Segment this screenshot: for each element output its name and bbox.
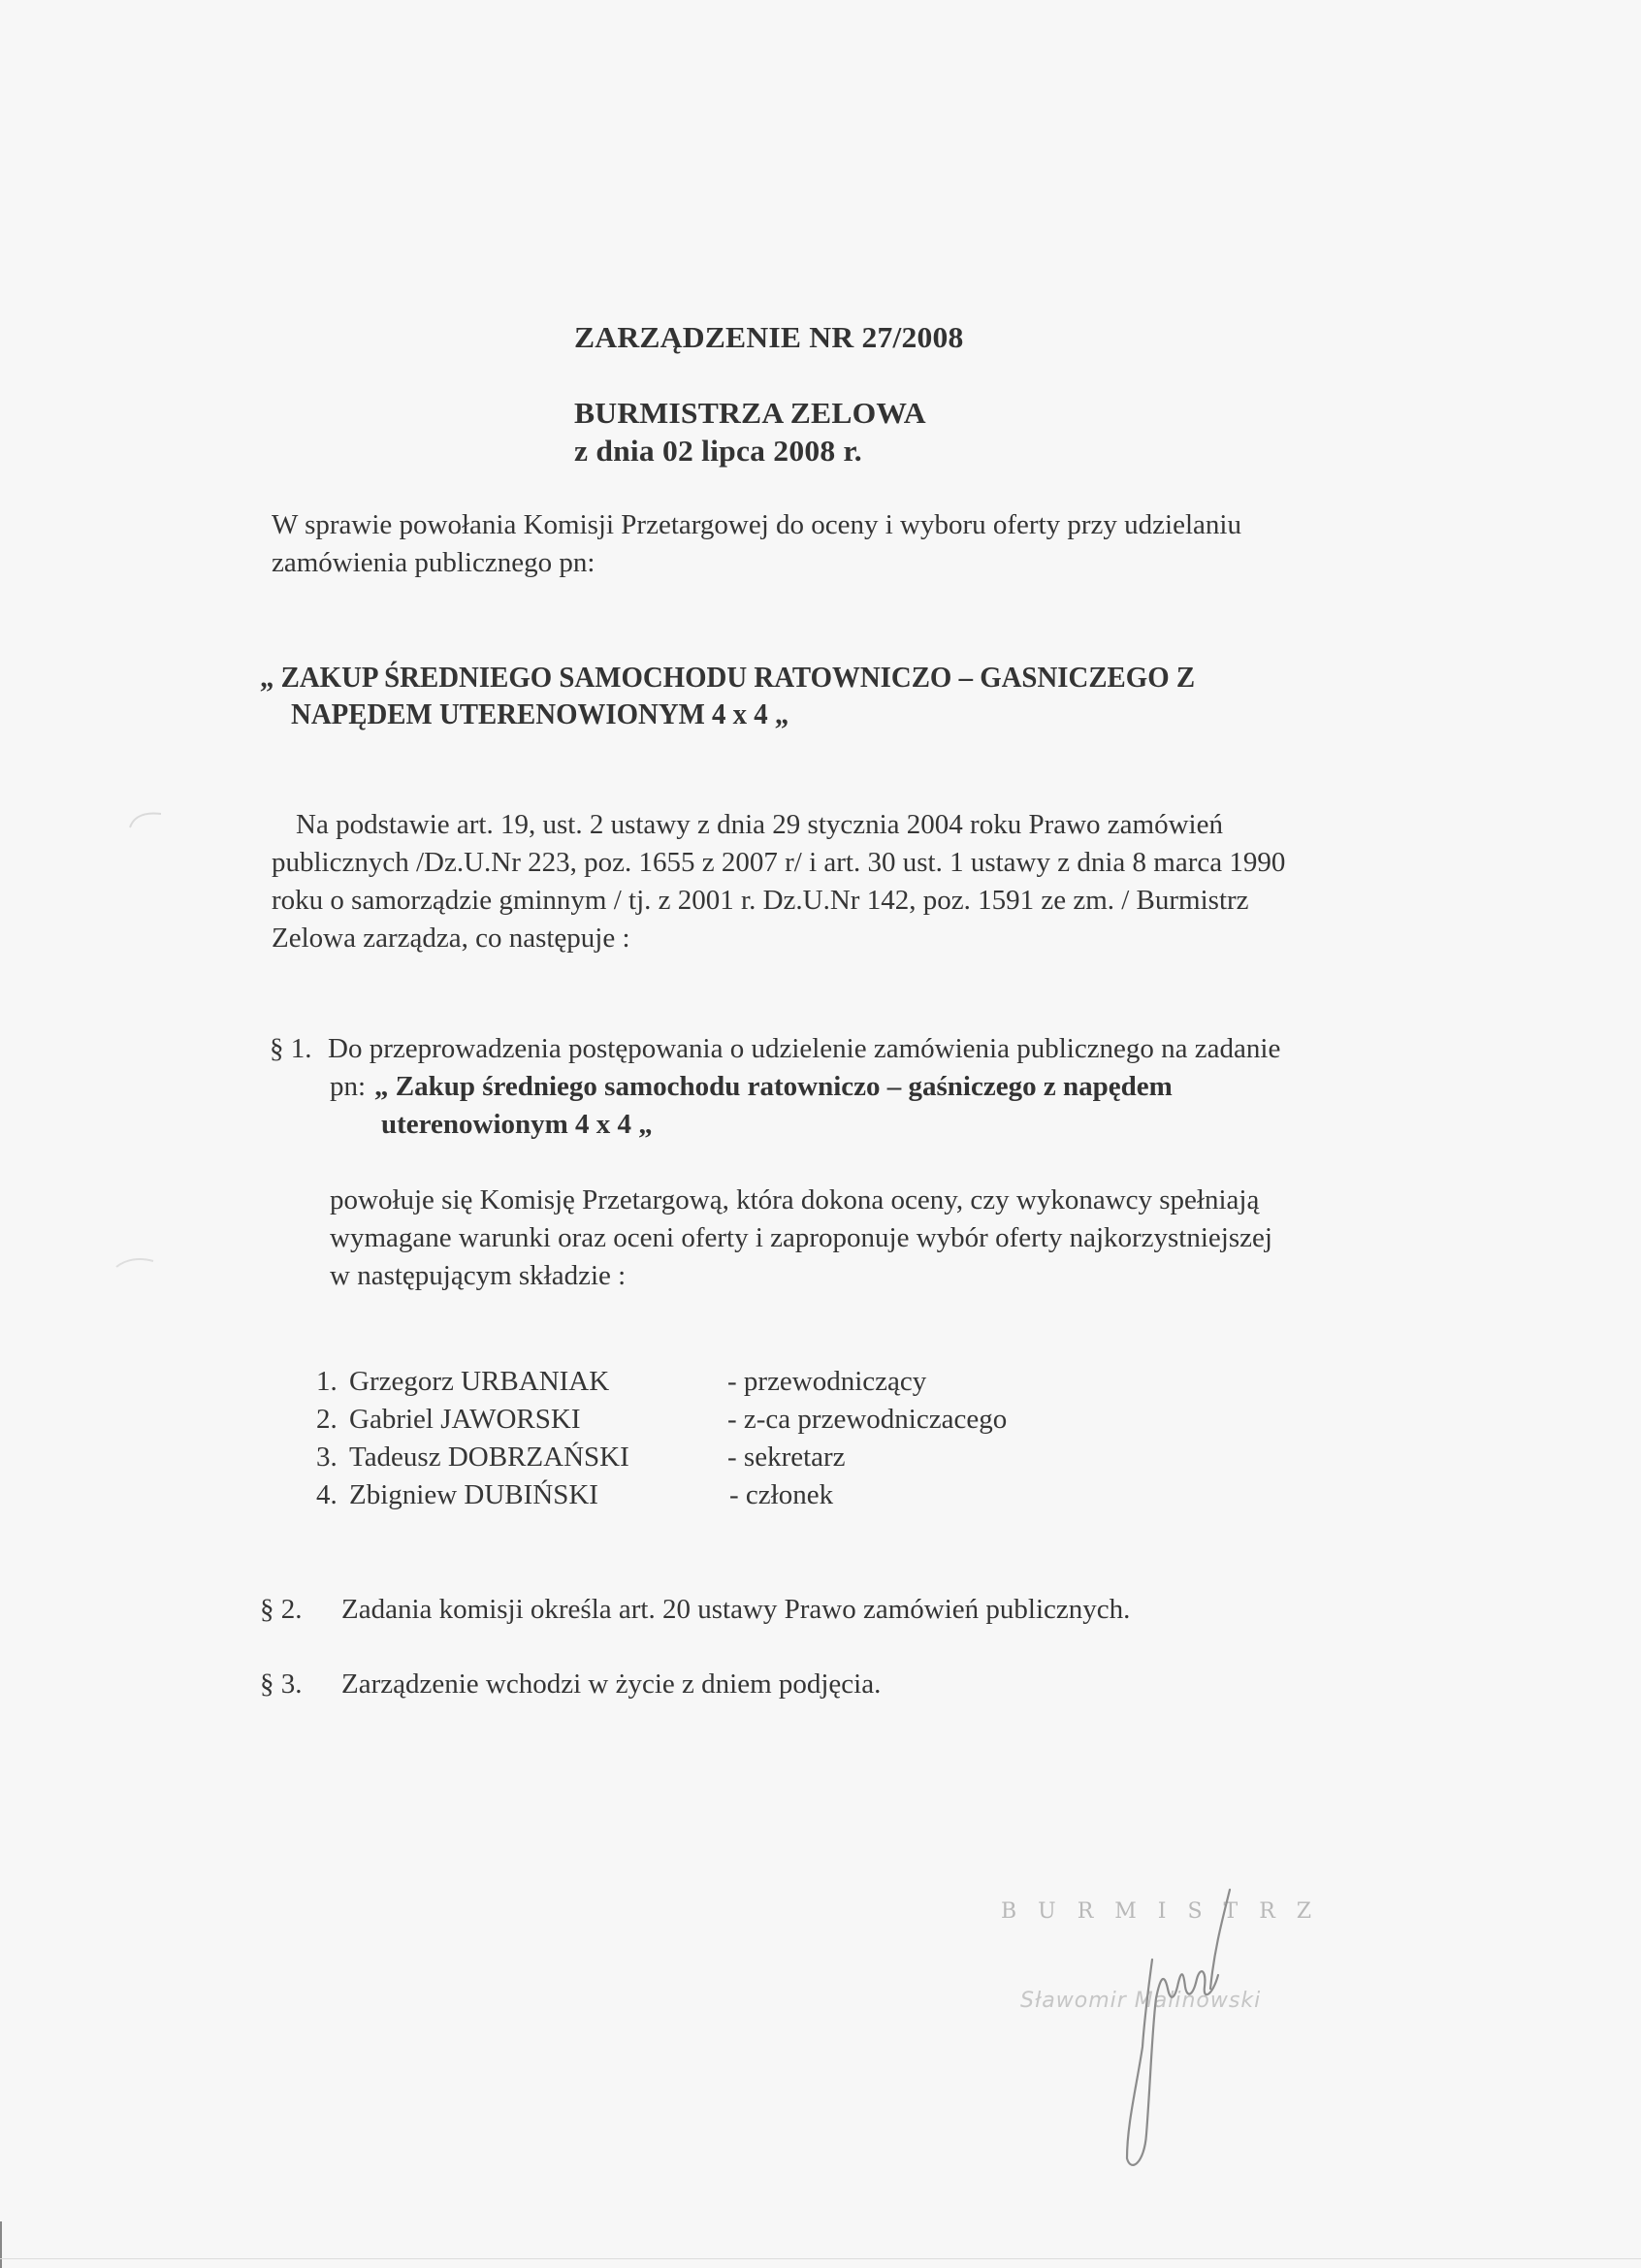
- member-number: 2.: [316, 1401, 338, 1439]
- member-name: Grzegorz URBANIAK: [349, 1363, 609, 1401]
- section-1-marker: § 1.: [270, 1030, 312, 1068]
- member-name: Tadeusz DOBRZAŃSKI: [349, 1439, 629, 1476]
- scan-mark-icon: [126, 810, 165, 829]
- section-1-paragraph-line-3: w następującym składzie :: [330, 1257, 626, 1295]
- legal-basis-line-2: publicznych /Dz.U.Nr 223, poz. 1655 z 20…: [272, 844, 1285, 882]
- member-role: - członek: [729, 1476, 833, 1514]
- section-1-pn-label: pn:: [330, 1068, 366, 1106]
- legal-basis-line-4: Zelowa zarządza, co następuje :: [272, 920, 630, 957]
- member-number: 3.: [316, 1439, 338, 1476]
- document-issuer: BURMISTRZA ZELOWA: [574, 396, 926, 431]
- member-name: Zbigniew DUBIŃSKI: [349, 1476, 598, 1514]
- document-date: z dnia 02 lipca 2008 r.: [574, 434, 862, 469]
- document-title: ZARZĄDZENIE NR 27/2008: [574, 320, 964, 355]
- member-role: - przewodniczący: [727, 1363, 926, 1401]
- handwritten-signature-icon: [1106, 1882, 1251, 2173]
- legal-basis-line-3: roku o samorządzie gminnym / tj. z 2001 …: [272, 882, 1249, 920]
- scan-mark-icon: [114, 1253, 157, 1269]
- section-2-text: Zadania komisji określa art. 20 ustawy P…: [341, 1591, 1130, 1629]
- member-role: - z-ca przewodniczacego: [727, 1401, 1007, 1439]
- member-role: - sekretarz: [727, 1439, 846, 1476]
- subject-title-line-2: NAPĘDEM UTERENOWIONYM 4 x 4 „: [291, 695, 788, 733]
- scan-edge-line: [0, 2221, 2, 2268]
- section-1-task-title-line-2: uterenowionym 4 x 4 „: [381, 1106, 653, 1144]
- section-1-paragraph-line-2: wymagane warunki oraz oceni oferty i zap…: [330, 1219, 1272, 1257]
- section-3-marker: § 3.: [260, 1666, 303, 1703]
- section-1-task-title-line-1: „ Zakup średniego samochodu ratowniczo –…: [374, 1068, 1173, 1106]
- section-1-line-1: Do przeprowadzenia postępowania o udziel…: [328, 1030, 1280, 1068]
- member-number: 1.: [316, 1363, 338, 1401]
- section-2-marker: § 2.: [260, 1591, 303, 1629]
- subject-title-line-1: „ ZAKUP ŚREDNIEGO SAMOCHODU RATOWNICZO –…: [260, 658, 1195, 697]
- section-1-paragraph-line-1: powołuje się Komisję Przetargową, która …: [330, 1182, 1259, 1219]
- subject-intro-line-2: zamówienia publicznego pn:: [272, 544, 595, 582]
- subject-intro-line-1: W sprawie powołania Komisji Przetargowej…: [272, 506, 1241, 544]
- legal-basis-line-1: Na podstawie art. 19, ust. 2 ustawy z dn…: [296, 806, 1223, 844]
- member-name: Gabriel JAWORSKI: [349, 1401, 581, 1439]
- section-3-text: Zarządzenie wchodzi w życie z dniem podj…: [341, 1666, 881, 1703]
- member-number: 4.: [316, 1476, 338, 1514]
- scan-bottom-edge: [0, 2258, 1641, 2259]
